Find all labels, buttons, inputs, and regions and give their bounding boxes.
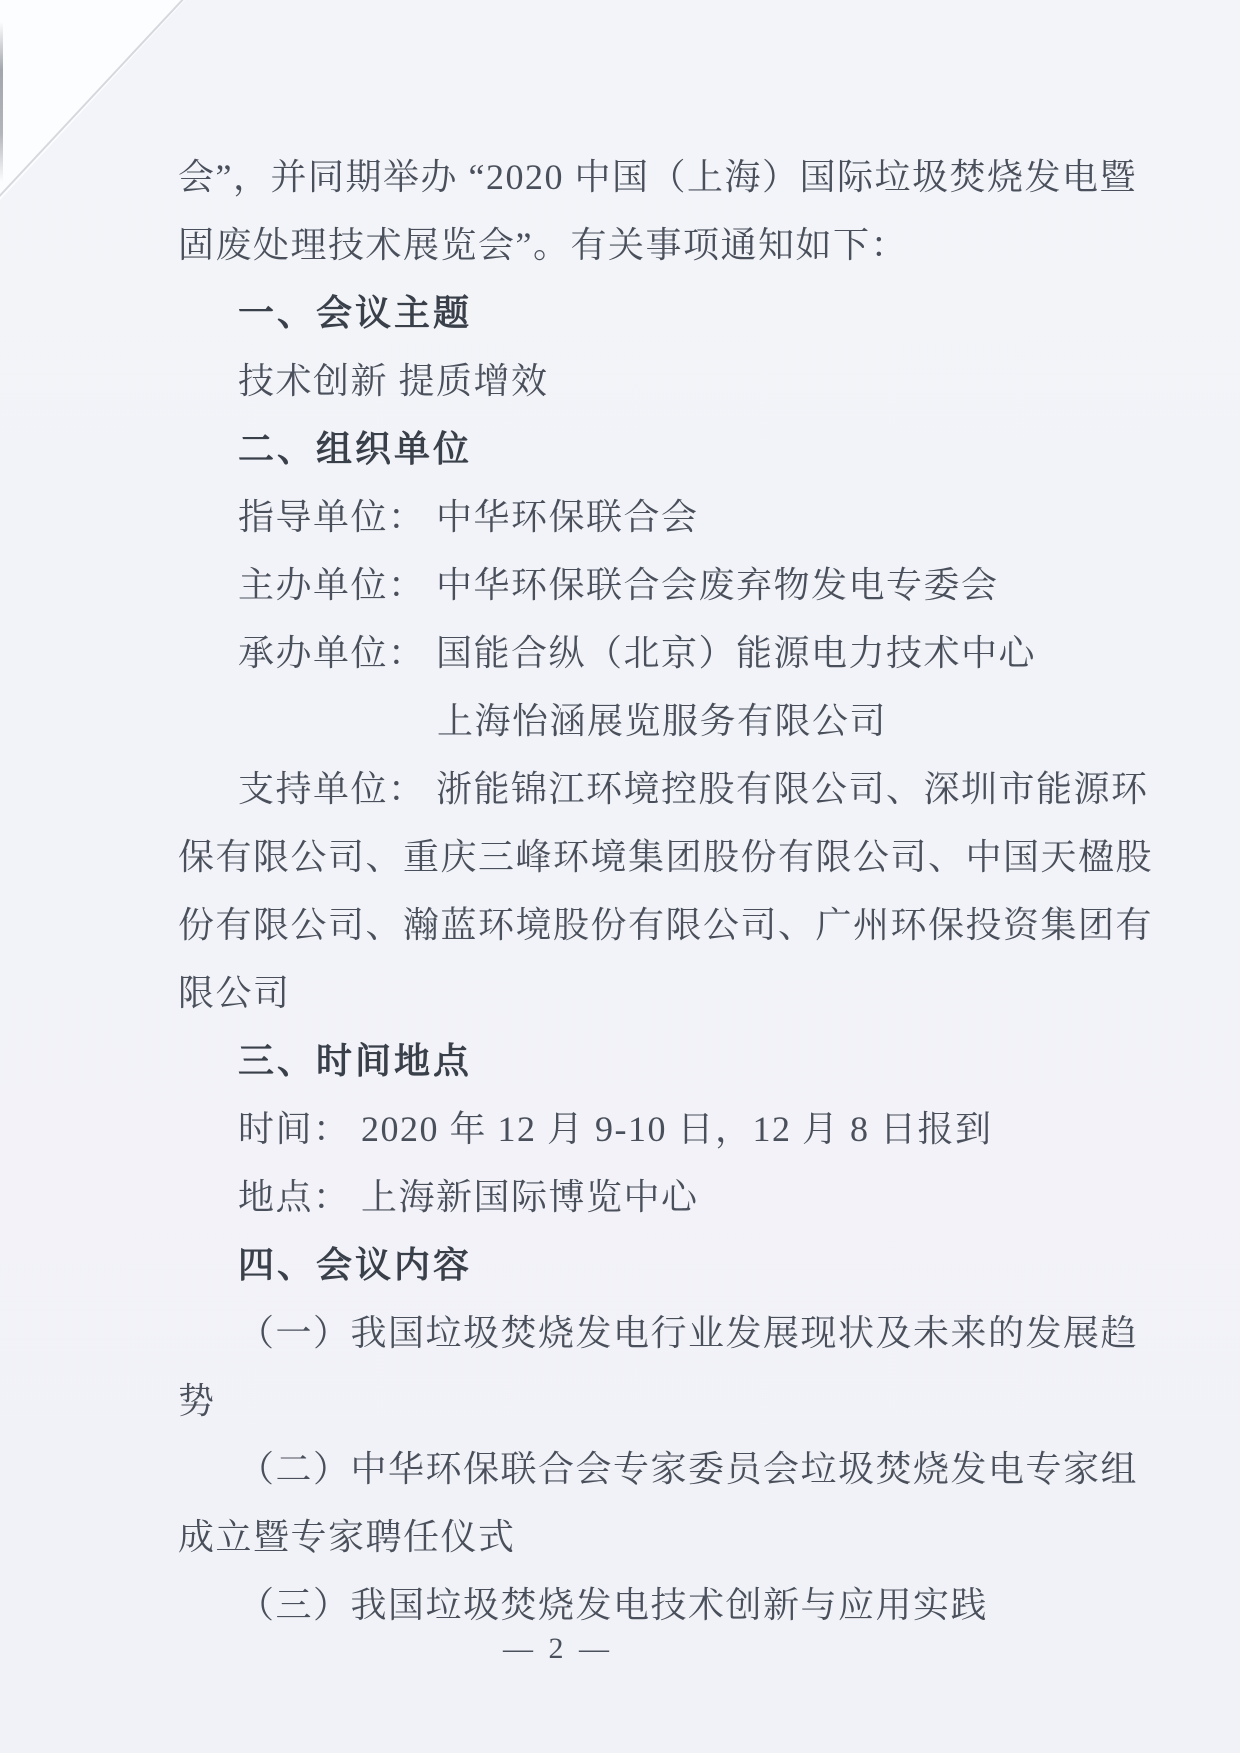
text-line: 地点： 上海新国际博览中心: [178, 1163, 1108, 1231]
text-line: 一、会议主题: [178, 279, 1108, 347]
text-line: 三、时间地点: [178, 1027, 1108, 1095]
scan-edge-shadow: [0, 22, 3, 182]
text-line: 技术创新 提质增效: [178, 347, 1108, 415]
text-line: 保有限公司、重庆三峰环境集团股份有限公司、中国天楹股: [178, 823, 1108, 891]
text-line: 成立暨专家聘任仪式: [178, 1503, 1108, 1571]
document-page: 会”，并同期举办 “2020 中国（上海）国际垃圾焚烧发电暨固废处理技术展览会”…: [0, 0, 1240, 1753]
text-line: 份有限公司、瀚蓝环境股份有限公司、广州环保投资集团有: [178, 891, 1108, 959]
text-line: （三）我国垃圾焚烧发电技术创新与应用实践: [178, 1571, 1108, 1639]
page-number: — 2 —: [503, 1632, 613, 1666]
text-line: 主办单位： 中华环保联合会废弃物发电专委会: [178, 551, 1108, 619]
text-line: 支持单位： 浙能锦江环境控股有限公司、深圳市能源环: [178, 755, 1108, 823]
text-line: （一）我国垃圾焚烧发电行业发展现状及未来的发展趋: [178, 1299, 1108, 1367]
text-line: 二、组织单位: [178, 415, 1108, 483]
text-line: 固废处理技术展览会”。有关事项通知如下：: [178, 211, 1108, 279]
text-line: 承办单位： 国能合纵（北京）能源电力技术中心: [178, 619, 1108, 687]
text-line: 会”，并同期举办 “2020 中国（上海）国际垃圾焚烧发电暨: [178, 143, 1108, 211]
text-line: 时间： 2020 年 12 月 9-10 日，12 月 8 日报到: [178, 1095, 1108, 1163]
text-line: 限公司: [178, 959, 1108, 1027]
text-line: 四、会议内容: [178, 1231, 1108, 1299]
text-line: 指导单位： 中华环保联合会: [178, 483, 1108, 551]
text-line: 势: [178, 1367, 1108, 1435]
body-text: 会”，并同期举办 “2020 中国（上海）国际垃圾焚烧发电暨固废处理技术展览会”…: [178, 143, 1108, 1639]
text-line: 上海怡涵展览服务有限公司: [178, 687, 1108, 755]
folded-corner-artifact: [0, 0, 185, 200]
text-line: （二）中华环保联合会专家委员会垃圾焚烧发电专家组: [178, 1435, 1108, 1503]
